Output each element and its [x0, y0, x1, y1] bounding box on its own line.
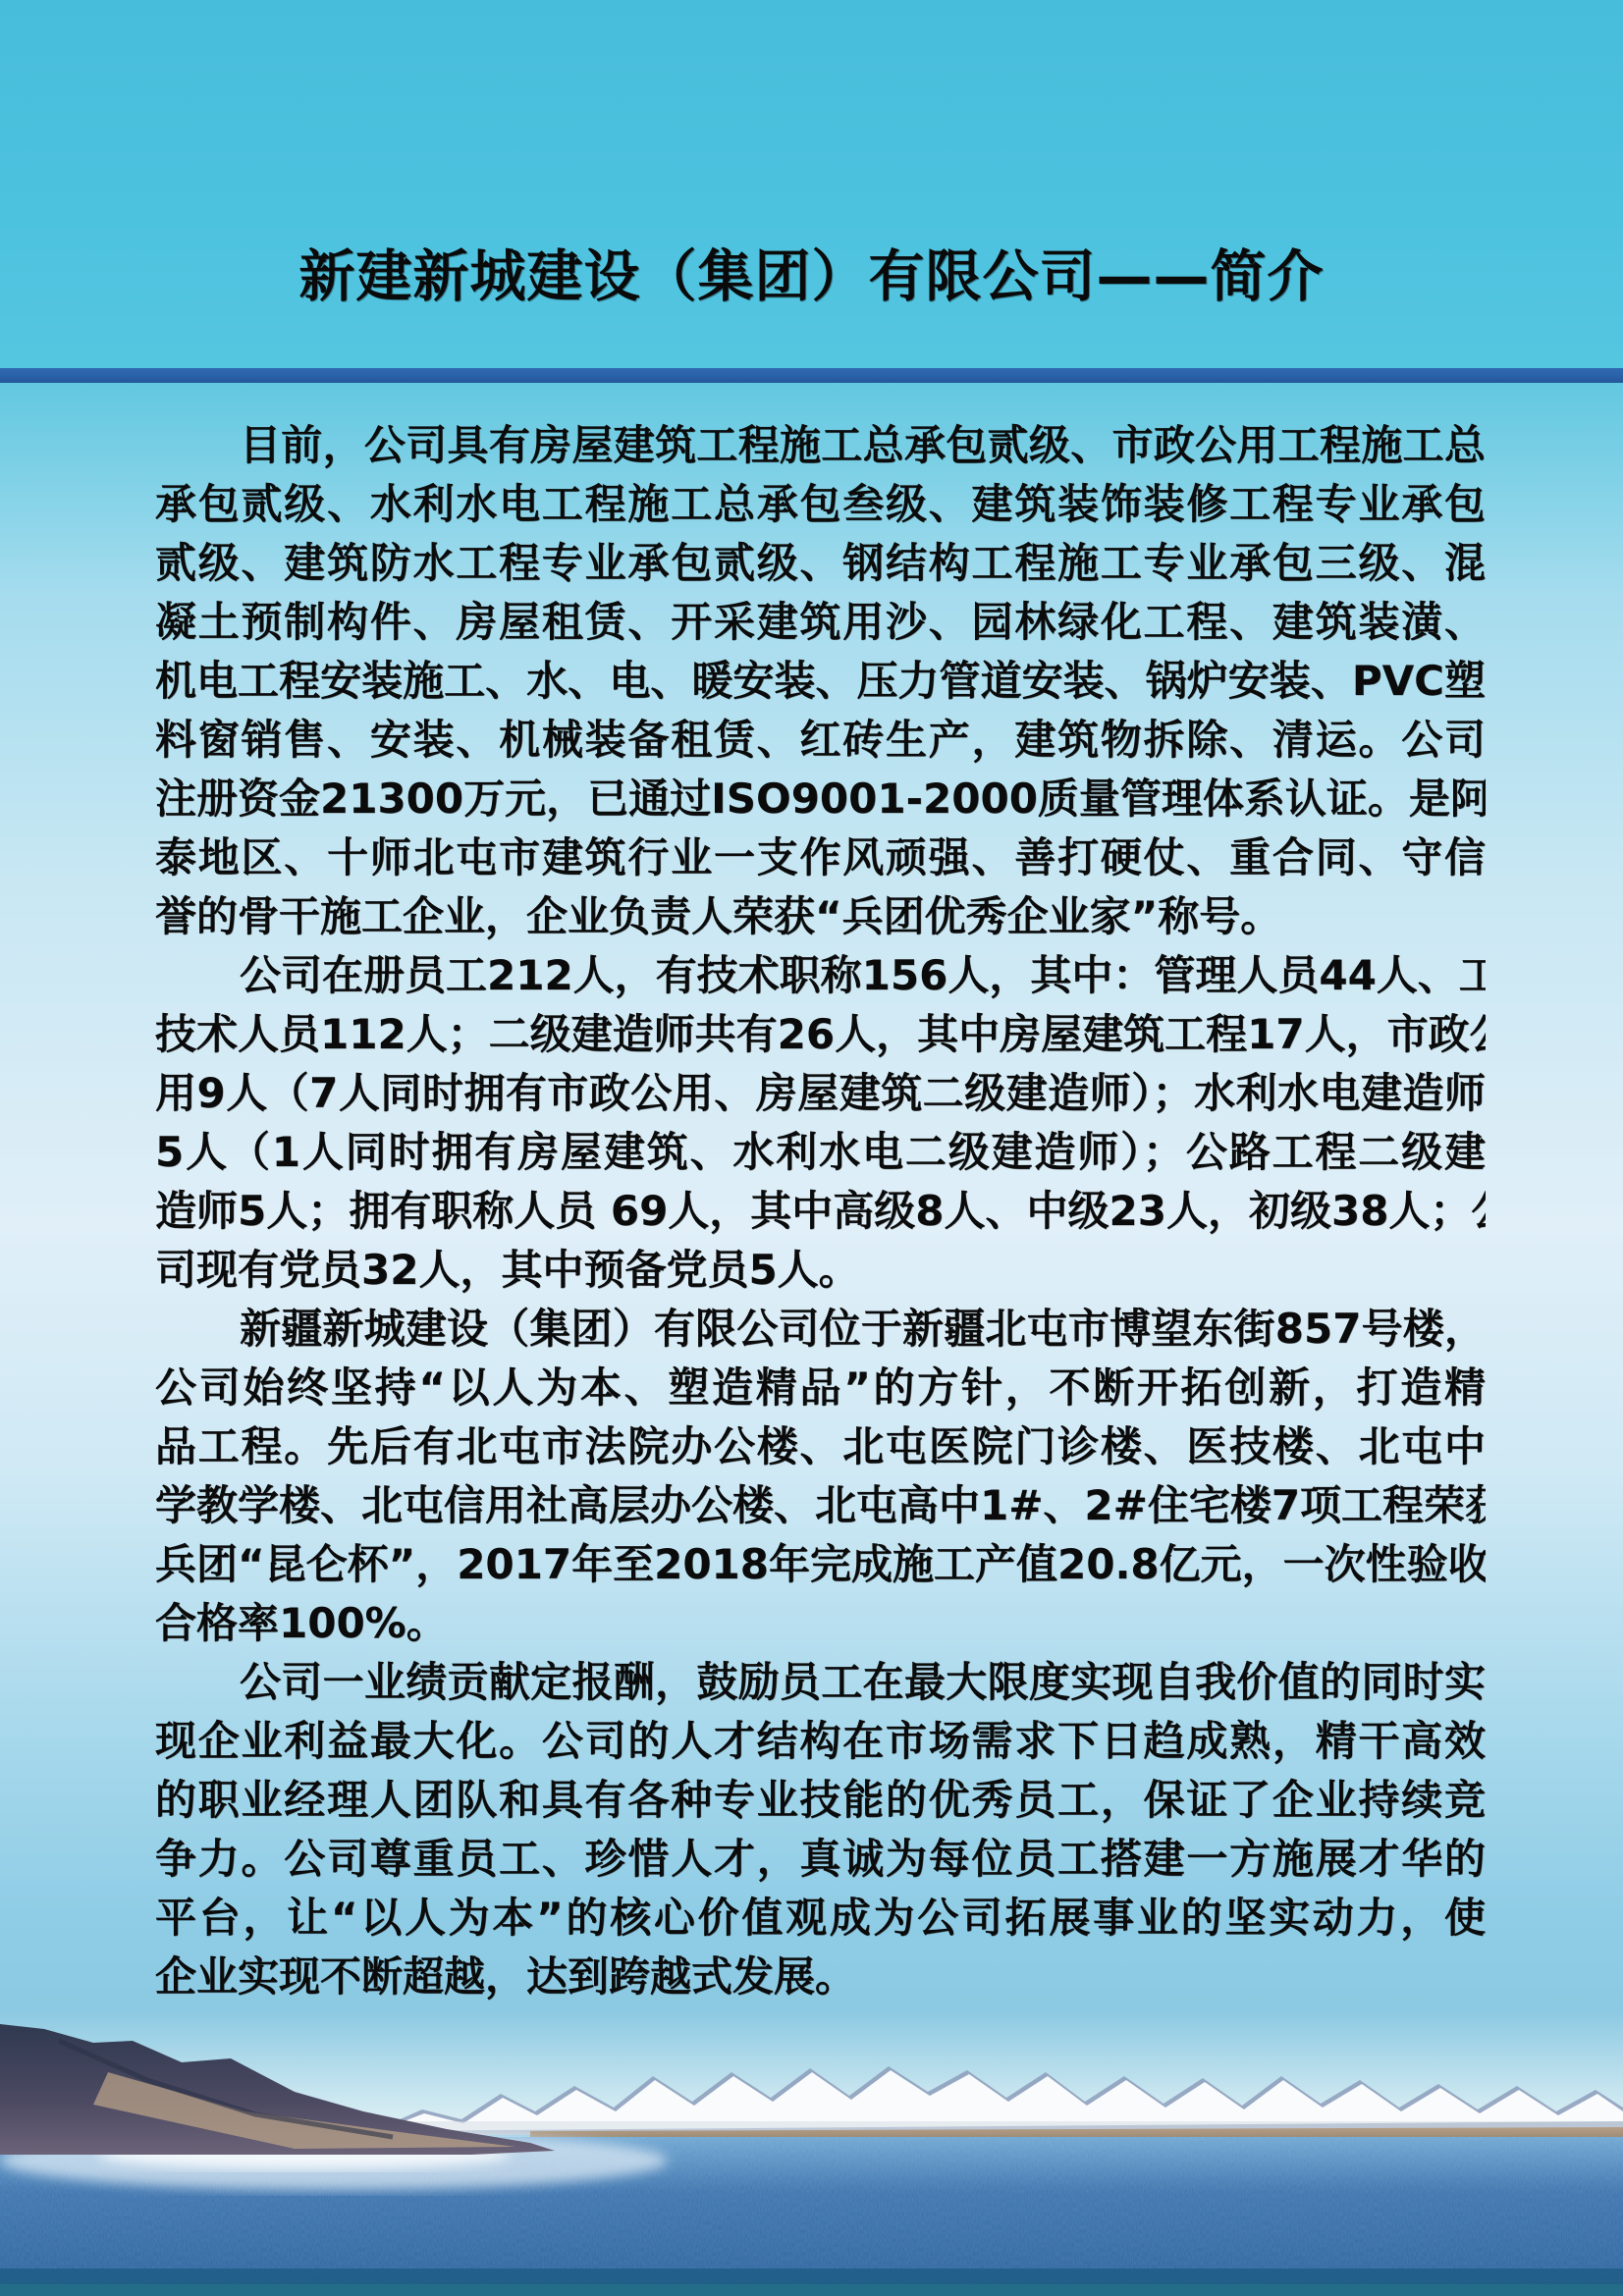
text-line: 企业实现不断超越，达到跨越式发展。	[155, 1948, 1486, 2006]
text-line: 承包贰级、水利水电工程施工总承包叁级、建筑装饰装修工程专业承包	[155, 475, 1486, 534]
text-line: 贰级、建筑防水工程专业承包贰级、钢结构工程施工专业承包三级、混	[155, 534, 1486, 593]
text-line: 学教学楼、北屯信用社高层办公楼、北屯高中1#、2#住宅楼7项工程荣获	[155, 1476, 1486, 1535]
text-line: 用9人（7人同时拥有市政公用、房屋建筑二级建造师）；水利水电建造师	[155, 1064, 1486, 1123]
text-line: 司现有党员32人，其中预备党员5人。	[155, 1241, 1486, 1300]
text-line: 争力。公司尊重员工、珍惜人才，真诚为每位员工搭建一方施展才华的	[155, 1830, 1486, 1889]
text-line: 料窗销售、安装、机械装备租赁、红砖生产，建筑物拆除、清运。公司	[155, 711, 1486, 770]
text-line: 新疆新城建设（集团）有限公司位于新疆北屯市博望东街857号楼，	[155, 1300, 1486, 1359]
text-line: 兵团“昆仑杯”，2017年至2018年完成施工产值20.8亿元，一次性验收	[155, 1535, 1486, 1594]
text-line: 公司一业绩贡献定报酬，鼓励员工在最大限度实现自我价值的同时实	[155, 1653, 1486, 1712]
text-line: 目前，公司具有房屋建筑工程施工总承包贰级、市政公用工程施工总	[155, 416, 1486, 475]
text-line: 公司始终坚持“以人为本、塑造精品”的方针，不断开拓创新，打造精	[155, 1359, 1486, 1417]
body-text: 目前，公司具有房屋建筑工程施工总承包贰级、市政公用工程施工总承包贰级、水利水电工…	[155, 416, 1486, 2006]
text-line: 品工程。先后有北屯市法院办公楼、北屯医院门诊楼、医技楼、北屯中	[155, 1417, 1486, 1476]
text-line: 泰地区、十师北屯市建筑行业一支作风顽强、善打硬仗、重合同、守信	[155, 828, 1486, 887]
text-line: 公司在册员工212人，有技术职称156人，其中：管理人员44人、工程	[155, 946, 1486, 1005]
lake-mountains-photo	[0, 2011, 1623, 2296]
text-line: 技术人员112人；二级建造师共有26人，其中房屋建筑工程17人，市政公	[155, 1005, 1486, 1064]
text-line: 现企业利益最大化。公司的人才结构在市场需求下日趋成熟，精干高效	[155, 1712, 1486, 1771]
text-line: 平台，让“以人为本”的核心价值观成为公司拓展事业的坚实动力，使	[155, 1889, 1486, 1948]
text-line: 合格率100%。	[155, 1594, 1486, 1653]
text-line: 5人（1人同时拥有房屋建筑、水利水电二级建造师）；公路工程二级建	[155, 1123, 1486, 1182]
top-banner	[0, 0, 1623, 368]
page-title: 新建新城建设（集团）有限公司——简介	[0, 232, 1623, 312]
divider-bar	[0, 368, 1623, 383]
text-line: 誉的骨干施工企业，企业负责人荣获“兵团优秀企业家”称号。	[155, 887, 1486, 946]
text-line: 凝土预制构件、房屋租赁、开采建筑用沙、园林绿化工程、建筑装潢、	[155, 593, 1486, 652]
text-line: 注册资金21300万元，已通过ISO9001-2000质量管理体系认证。是阿勒	[155, 770, 1486, 828]
text-line: 的职业经理人团队和具有各种专业技能的优秀员工，保证了企业持续竞	[155, 1771, 1486, 1830]
text-line: 造师5人；拥有职称人员 69人，其中高级8人、中级23人，初级38人；公	[155, 1182, 1486, 1241]
bottom-band-teal	[0, 2284, 1623, 2296]
text-line: 机电工程安装施工、水、电、暖安装、压力管道安装、锅炉安装、PVC塑	[155, 652, 1486, 711]
document-page: { "header": { "title": "新建新城建设（集团）有限公司——…	[0, 0, 1623, 2296]
